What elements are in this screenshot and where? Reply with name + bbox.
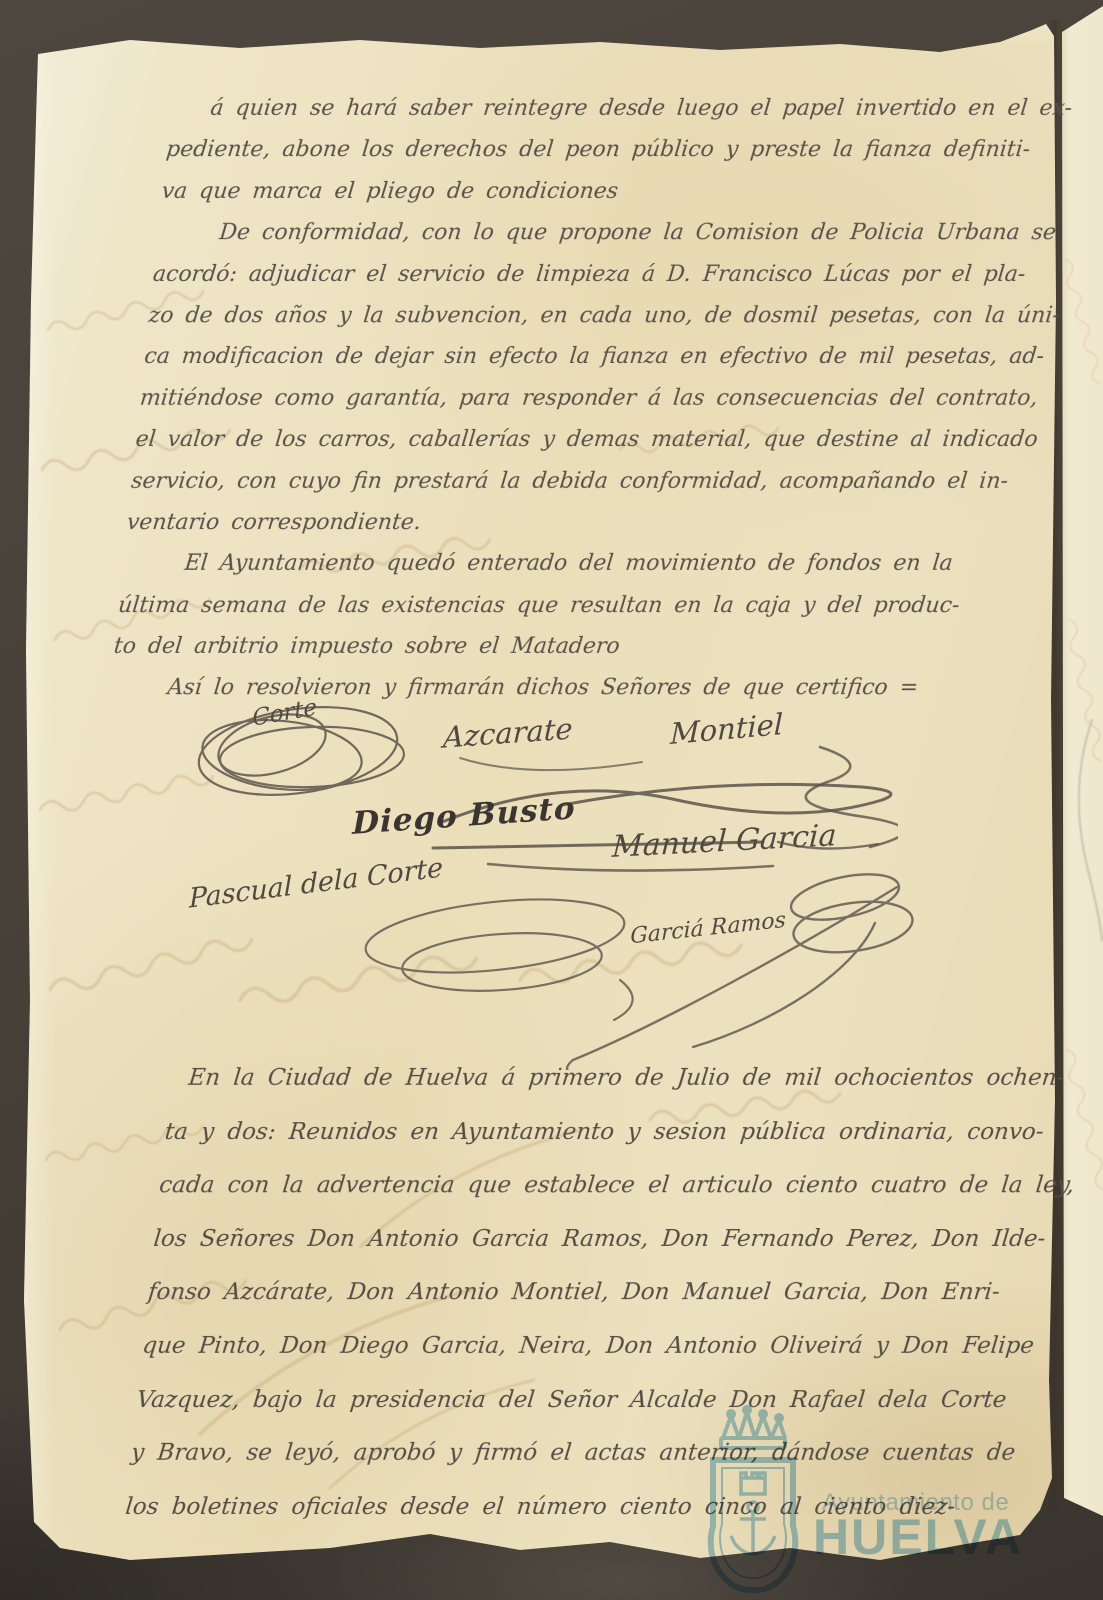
handwritten-body: á quien se hará saber reintegre desde lu… [107, 88, 1083, 709]
watermark-city-text: HUELVA [813, 1508, 1023, 1566]
handwritten-line: acordó: adjudicar el servicio de limpiez… [151, 254, 1067, 295]
flourish-garcia-ramos [545, 855, 935, 1070]
handwritten-line: to del arbitrio impuesto sobre el Matade… [112, 626, 1028, 667]
handwritten-line: y Bravo, se leyó, aprobó y firmó el acta… [128, 1427, 1048, 1481]
handwritten-line: Vazquez, bajo la presidencia del Señor A… [134, 1374, 1054, 1428]
handwritten-line: servicio, con cuyo fin prestará la debid… [129, 461, 1045, 502]
handwritten-session: En la Ciudad de Huelva á primero de Juli… [123, 1052, 1088, 1534]
handwritten-line: va que marca el pliego de condiciones [160, 171, 1076, 212]
handwritten-line: á quien se hará saber reintegre desde lu… [168, 88, 1084, 129]
handwritten-line: pediente, abone los derechos del peon pú… [164, 129, 1080, 170]
handwritten-line: fonso Azcárate, Don Antonio Montiel, Don… [145, 1266, 1065, 1320]
handwritten-line: El Ayuntamiento quedó enterado del movim… [120, 543, 1036, 584]
handwritten-line: que Pinto, Don Diego Garcia, Neira, Don … [140, 1320, 1060, 1374]
handwritten-line: ventario correspondiente. [125, 502, 1041, 543]
handwritten-line: última semana de las existencias que res… [116, 585, 1032, 626]
handwritten-line: el valor de los carros, caballerías y de… [133, 419, 1049, 460]
handwritten-line: En la Ciudad de Huelva á primero de Juli… [168, 1052, 1088, 1106]
handwritten-line: zo de dos años y la subvencion, en cada … [147, 295, 1063, 336]
handwritten-line: cada con la advertencia que establece el… [156, 1159, 1076, 1213]
scanned-manuscript-view: á quien se hará saber reintegre desde lu… [0, 0, 1103, 1600]
handwritten-line: ta y dos: Reunidos en Ayuntamiento y ses… [162, 1106, 1082, 1160]
handwritten-line: ca modificacion de dejar sin efecto la f… [142, 336, 1058, 377]
handwritten-line: mitiéndose como garantía, para responder… [138, 378, 1054, 419]
handwritten-line: De conformidad, con lo que propone la Co… [155, 212, 1071, 253]
handwritten-line: los Señores Don Antonio Garcia Ramos, Do… [151, 1213, 1071, 1267]
huelva-crest-icon [693, 1404, 813, 1600]
